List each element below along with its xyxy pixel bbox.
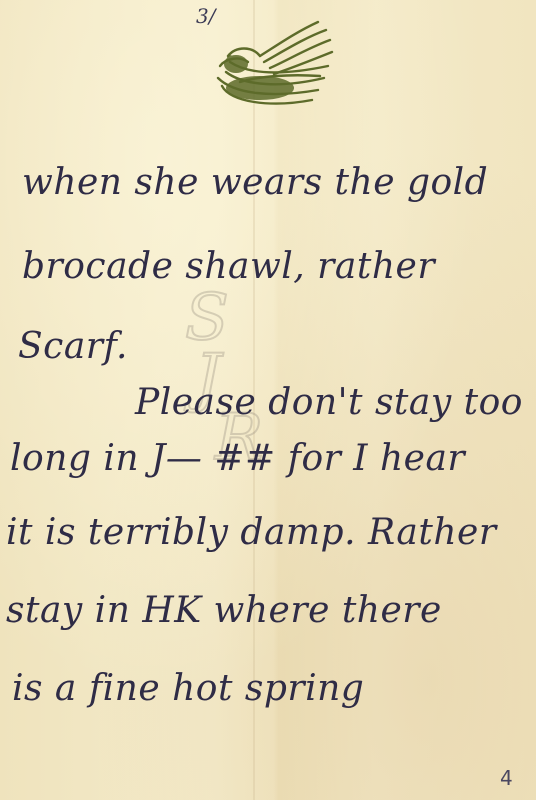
dove-emblem-icon: [200, 16, 335, 114]
letter-line: when she wears the gold: [22, 162, 488, 203]
letter-line: Please don't stay too: [135, 382, 523, 423]
letter-line: brocade shawl, rather: [22, 246, 435, 287]
letter-line: Scarf.: [18, 326, 128, 367]
letter-line: stay in HK where there: [6, 590, 442, 631]
letter-line: is a fine hot spring: [12, 668, 364, 709]
monogram-letter: S: [185, 288, 325, 348]
letter-line: it is terribly damp. Rather: [6, 512, 497, 553]
letter-line: long in J— ## for I hear: [10, 438, 465, 479]
page-number: 4: [500, 766, 513, 790]
